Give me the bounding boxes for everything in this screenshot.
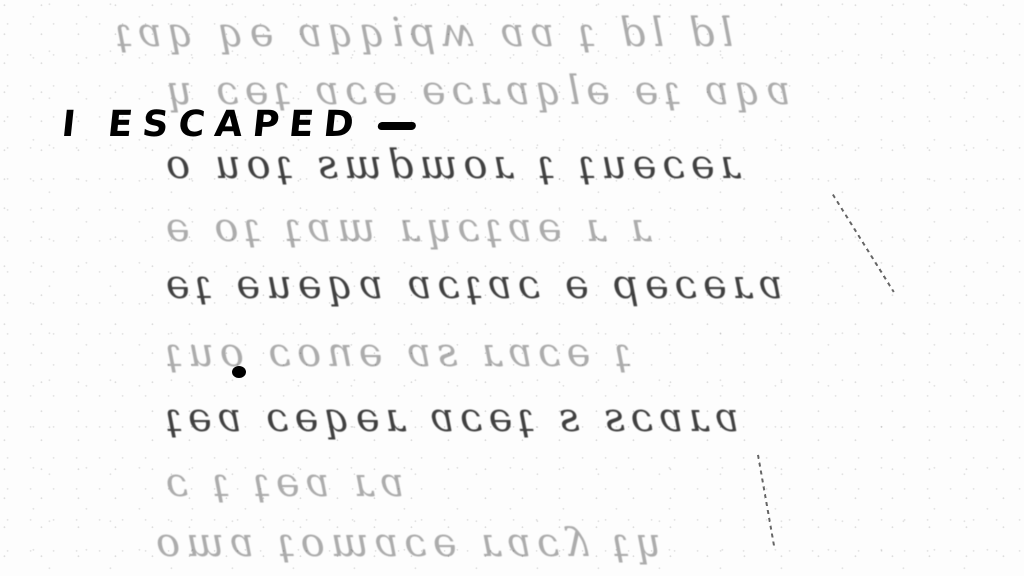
bleed-through-line-9: ɥʇ ʎɔɐɹ ǝɔɐɯoʇ ɐɯo [150, 520, 661, 566]
bleed-through-line-3: ɹǝɔǝuʇ ʇ ɹoɯdɯs ʇou o [160, 142, 741, 188]
bleed-through-line-5: ɐɹǝɔǝp ǝ ɔɐʇɔɐ ɐqǝuǝ ʇǝ [160, 262, 783, 308]
diagonal-pen-stroke [832, 194, 895, 293]
bleed-through-line-7: ɐɹɐɔs s ʇǝɔɐ ɹǝqǝɔ ɐǝʇ [160, 395, 739, 441]
bleed-through-line-4: ɹ ɹ ǝɐʇɔɥɹ ɯɐʇ ʇo ǝ [160, 205, 651, 251]
handwritten-annotation: I ESCAPED [60, 104, 418, 145]
annotation-text: I ESCAPED [60, 104, 366, 145]
ink-blot [232, 366, 246, 378]
bleed-through-line-6: ʇ ǝɔɐɹ sɐ ǝnoɔ ouʇ [160, 330, 631, 376]
annotation-dash [377, 122, 416, 130]
bleed-through-line-8: ɐɹ ɐǝʇ ʇ ɔ [160, 460, 404, 506]
scanned-page: ld ld ʇ ɐɐ ʍpiqqɐ ǝq qɐʇ ɐqɐ ʇǝ ǝlqɐɹɔǝ … [0, 0, 1024, 576]
bleed-through-line-1: ld ld ʇ ɐɐ ʍpiqqɐ ǝq qɐʇ [110, 10, 733, 56]
vertical-pen-stroke [757, 455, 775, 549]
